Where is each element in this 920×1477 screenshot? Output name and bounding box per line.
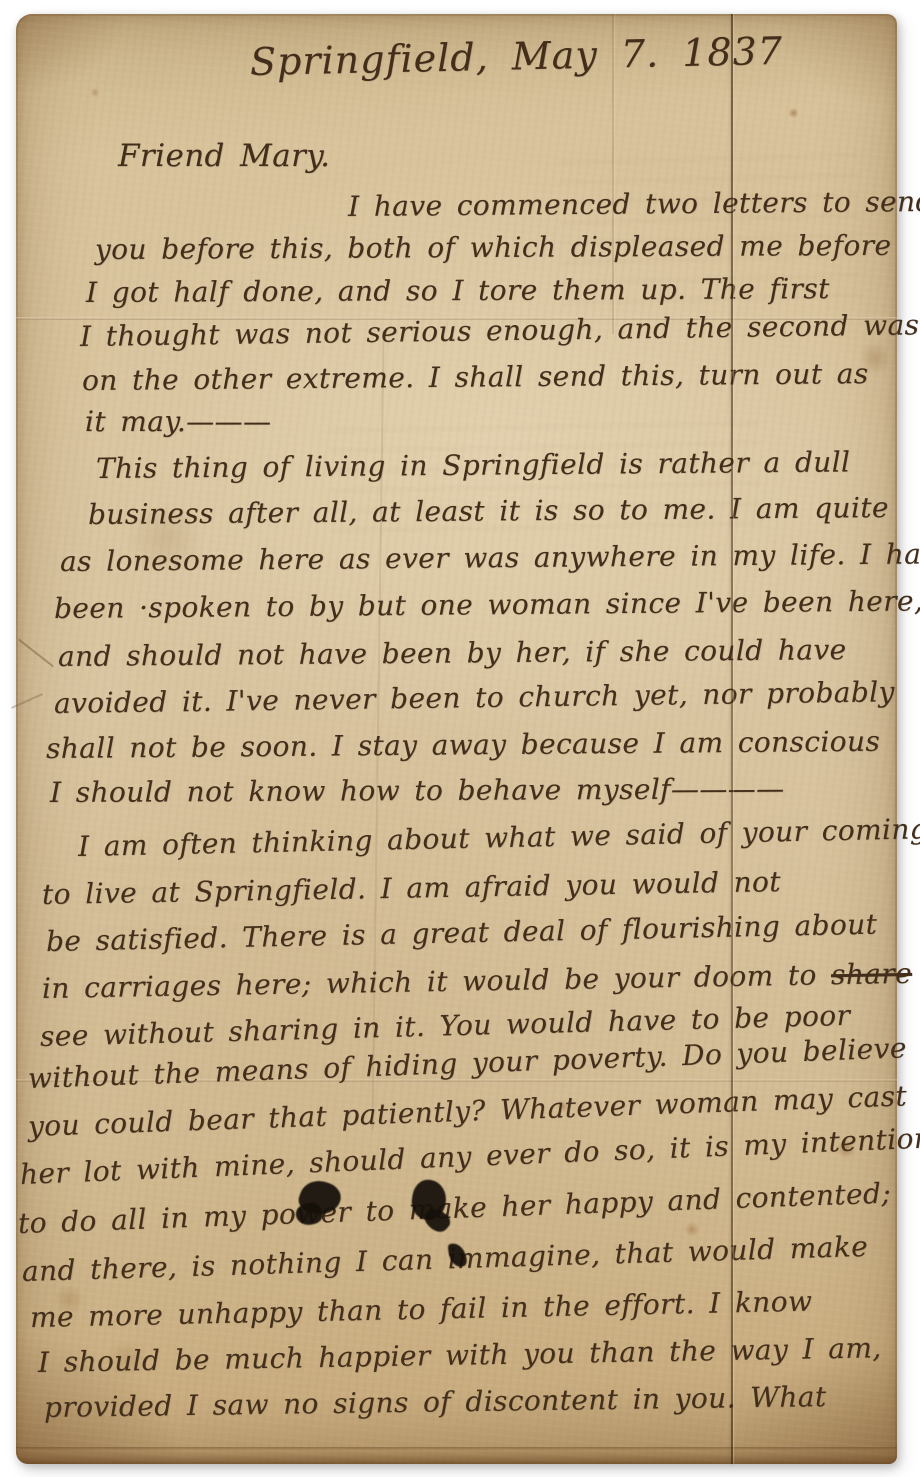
letter-line: I have commenced two letters to send [348, 185, 920, 224]
letter-salutation: Friend Mary. [118, 138, 330, 174]
letter-line: I got half done, and so I tore them up. … [86, 272, 830, 310]
letter-line: on the other extreme. I shall send this,… [82, 357, 869, 398]
letter-line: I should not know how to behave myself——… [50, 772, 785, 810]
letter-line: you before this, both of which displease… [95, 229, 892, 267]
letter-line: shall not be soon. I stay away because I… [46, 725, 880, 766]
letter-line: it may.——— [85, 405, 271, 439]
letter-line: and should not have been by her, if she … [58, 633, 847, 674]
letter-line: business after all, at least it is so to… [88, 491, 889, 532]
letter-line: This thing of living in Springfield is r… [96, 445, 851, 486]
scanned-letter-page: Springfield, May 7. 1837 Friend Mary. I … [0, 0, 920, 1477]
